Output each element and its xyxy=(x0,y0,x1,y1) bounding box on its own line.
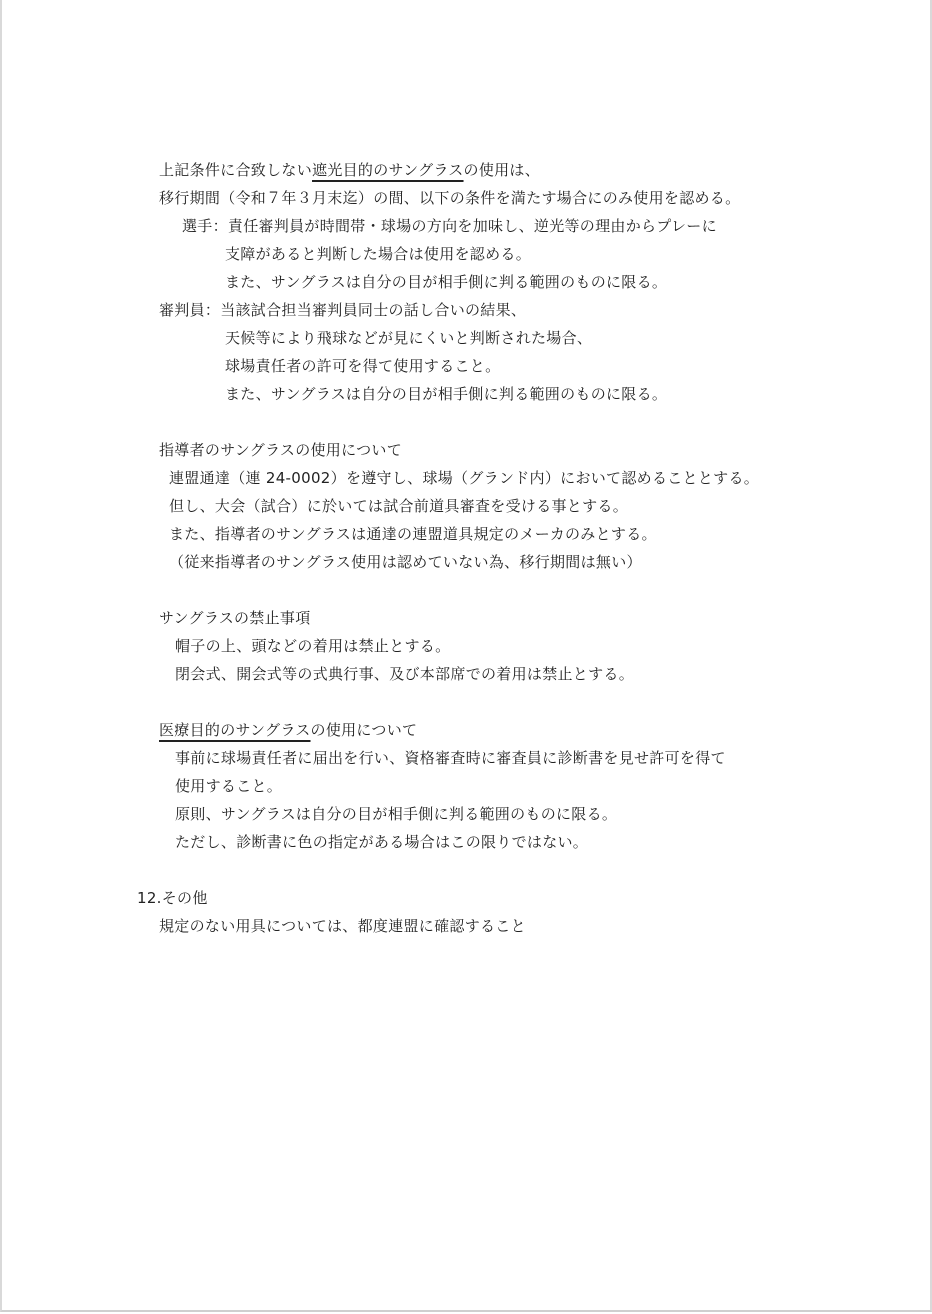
coach-line-1: 連盟通達（連 24-0002）を遵守し、球場（グランド内）において認めることとす… xyxy=(169,468,759,488)
player-line-2: 支障があると判断した場合は使用を認める。 xyxy=(225,244,531,264)
underlined-medical-sunglasses: 医療目的のサングラス xyxy=(159,721,311,739)
coach-line-4: （従来指導者のサングラス使用は認めていない為、移行期間は無い） xyxy=(169,552,642,572)
prohibited-heading: サングラスの禁止事項 xyxy=(159,608,311,628)
document-page: 上記条件に合致しない遮光目的のサングラスの使用は、 移行期間（令和７年３月末迄）… xyxy=(0,0,932,1312)
other-line-1: 規定のない用具については、都度連盟に確認すること xyxy=(159,916,526,936)
umpire-line-1: 審判員：当該試合担当審判員同士の話し合いの結果、 xyxy=(159,300,526,320)
medical-line-2: 使用すること。 xyxy=(175,776,282,796)
medical-line-3: 原則、サングラスは自分の目が相手側に判る範囲のものに限る。 xyxy=(175,804,617,824)
umpire-line-4: また、サングラスは自分の目が相手側に判る範囲のものに限る。 xyxy=(225,384,667,404)
transition-period-line: 移行期間（令和７年３月末迄）の間、以下の条件を満たす場合にのみ使用を認める。 xyxy=(159,188,740,208)
medical-line-4: ただし、診断書に色の指定がある場合はこの限りではない。 xyxy=(175,832,588,852)
intro-text: 上記条件に合致しない xyxy=(159,161,312,179)
coach-line-3: また、指導者のサングラスは通達の連盟道具規定のメーカのみとする。 xyxy=(169,524,657,544)
player-line-3: また、サングラスは自分の目が相手側に判る範囲のものに限る。 xyxy=(225,272,667,292)
prohibited-line-1: 帽子の上、頭などの着用は禁止とする。 xyxy=(175,636,450,656)
umpire-line-2: 天候等により飛球などが見にくいと判断された場合、 xyxy=(225,328,592,348)
other-heading: 12.その他 xyxy=(137,888,208,908)
medical-line-1: 事前に球場責任者に届出を行い、資格審査時に審査員に診断書を見せ許可を得て xyxy=(175,748,726,768)
underlined-shading-sunglasses: 遮光目的のサングラス xyxy=(312,161,464,179)
intro-line: 上記条件に合致しない遮光目的のサングラスの使用は、 xyxy=(159,160,540,180)
coach-line-2: 但し、大会（試合）に於いては試合前道具審査を受ける事とする。 xyxy=(169,496,628,516)
medical-heading: 医療目的のサングラスの使用について xyxy=(159,720,417,740)
prohibited-line-2: 閉会式、開会式等の式典行事、及び本部席での着用は禁止とする。 xyxy=(175,664,634,684)
intro-text-after: の使用は、 xyxy=(464,161,541,179)
coach-heading: 指導者のサングラスの使用について xyxy=(159,440,402,460)
medical-heading-after: の使用について xyxy=(311,721,418,739)
player-line-1: 選手：責任審判員が時間帯・球場の方向を加味し、逆光等の理由からプレーに xyxy=(182,216,717,236)
umpire-line-3: 球場責任者の許可を得て使用すること。 xyxy=(225,356,500,376)
